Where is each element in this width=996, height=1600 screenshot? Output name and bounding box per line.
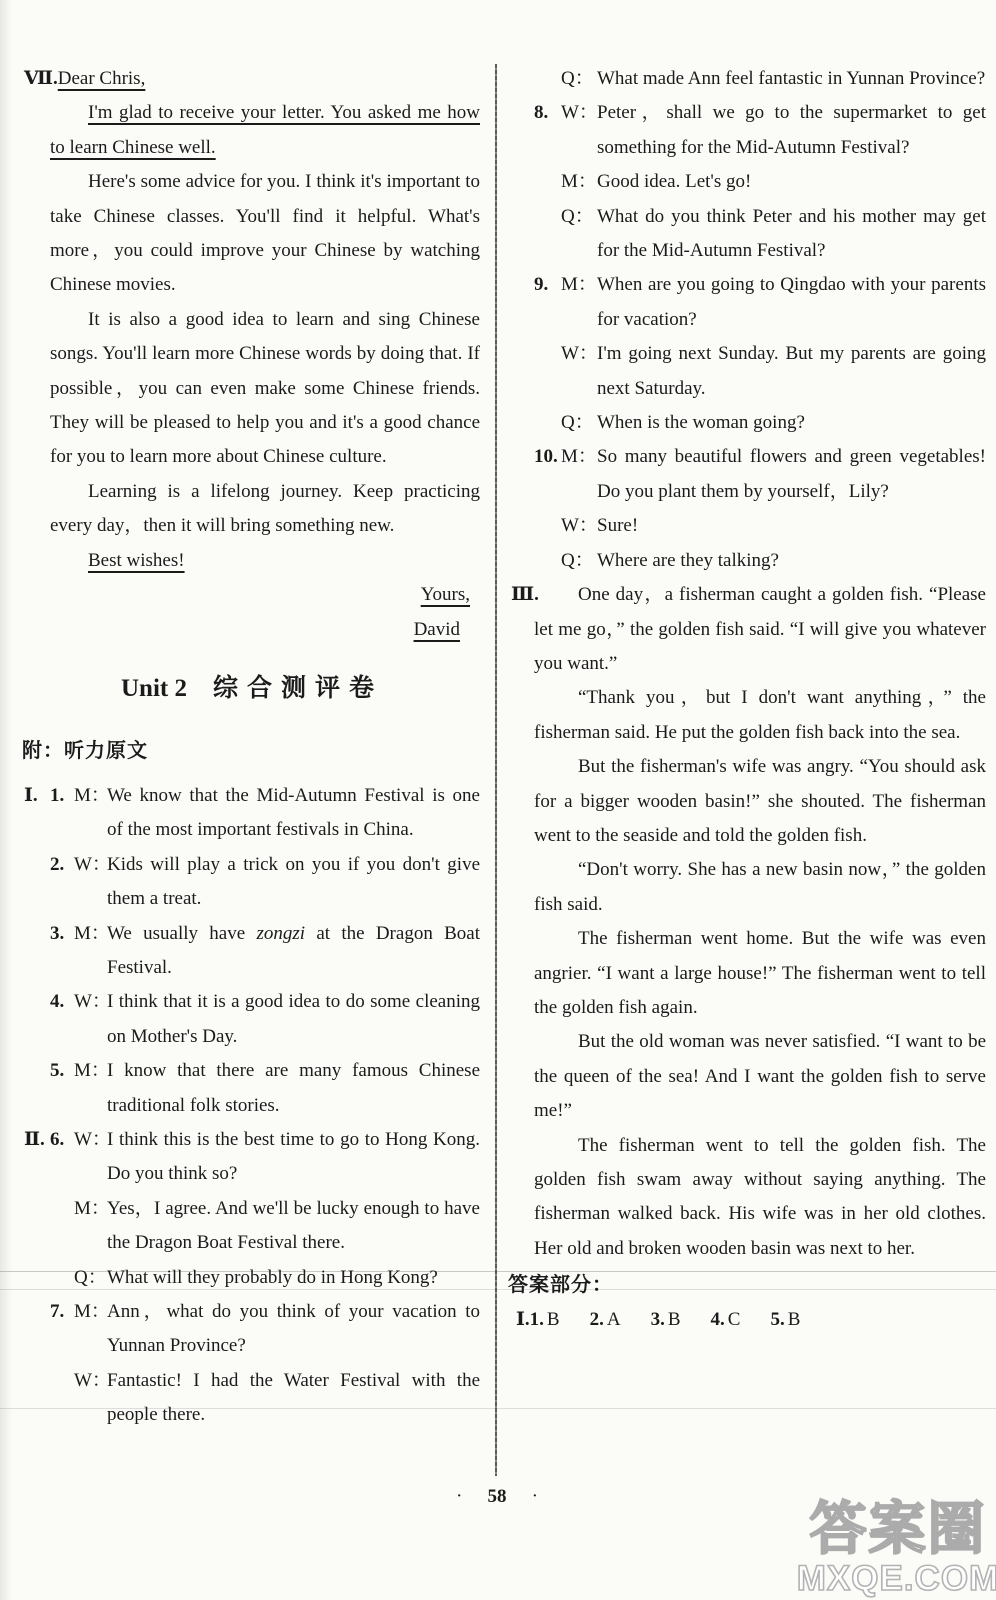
speaker-label: M：: [74, 1295, 107, 1364]
dialogue-line: Q：Where are they talking?: [534, 544, 986, 578]
column-divider: [495, 64, 497, 1476]
watermark: 答案圈 MXQE.COM: [796, 1500, 996, 1600]
story-paragraph: But the old woman was never satisfied. “…: [534, 1025, 986, 1128]
answer-item: 4.C: [711, 1302, 741, 1337]
dialogue-line: 2.W：Kids will play a trick on you if you…: [24, 848, 480, 917]
section-numeral: [24, 1364, 50, 1433]
letter-signoff-line: Yours,: [50, 578, 480, 612]
answers-row: Ⅰ.1.B2.A3.B4.C5.B: [516, 1302, 986, 1337]
story-section-label: Ⅲ.: [511, 578, 539, 612]
item-number: 2.: [50, 848, 74, 917]
speaker-label: M：: [561, 440, 597, 509]
answer-letter: B: [785, 1309, 801, 1330]
dialogue-line: Q：When is the woman going?: [534, 406, 986, 440]
speaker-label: M：: [74, 1054, 107, 1123]
unit-heading-zh: 综合测评卷: [213, 675, 383, 702]
section-numeral: Ⅱ.: [24, 1123, 50, 1192]
section-numeral: Ⅰ.: [24, 779, 50, 848]
item-number: [534, 200, 561, 269]
dialogue-line: 3.M：We usually have zongzi at the Dragon…: [24, 917, 480, 986]
utterance-text: Yes，I agree. And we'll be lucky enough t…: [107, 1192, 480, 1261]
story-paragraph: The fisherman went to tell the golden fi…: [534, 1129, 986, 1267]
section-numeral: [24, 1054, 50, 1123]
item-number: [534, 62, 561, 96]
item-number: [50, 1364, 74, 1433]
item-number: 3.: [50, 917, 74, 986]
utterance-text: We usually have zongzi at the Dragon Boa…: [107, 917, 480, 986]
speaker-label: M：: [74, 917, 107, 986]
section-numeral: [24, 848, 50, 917]
item-number: [534, 165, 561, 199]
story-section: Ⅲ.One day，a fisherman caught a golden fi…: [534, 578, 986, 1266]
item-number: [50, 1192, 74, 1261]
answer-letter: B: [544, 1309, 560, 1330]
dialogue-line: 7.M：Ann，what do you think of your vacati…: [24, 1295, 480, 1364]
answer-item: 5.B: [770, 1302, 800, 1337]
letter-paragraph: Learning is a lifelong journey. Keep pra…: [50, 475, 480, 544]
story-paragraph: “Don't worry. She has a new basin now，” …: [534, 853, 986, 922]
utterance-text: I think that it is a good idea to do som…: [107, 985, 480, 1054]
dialogue-list-right: Q：What made Ann feel fantastic in Yunnan…: [534, 62, 986, 578]
left-column: Ⅶ. Dear Chris, I'm glad to receive your …: [24, 62, 480, 1433]
answer-item: Ⅰ.1.B: [516, 1302, 560, 1337]
utterance-text: Fantastic! I had the Water Festival with…: [107, 1364, 480, 1433]
dialogue-line: Ⅰ.1.M：We know that the Mid-Autumn Festiv…: [24, 779, 480, 848]
story-paragraph: “Thank you，but I don't want anything，” t…: [534, 681, 986, 750]
speaker-label: M：: [561, 165, 597, 199]
item-number: 10.: [534, 440, 561, 509]
utterance-text: Where are they talking?: [597, 544, 986, 578]
dialogue-line: M：Good idea. Let's go!: [534, 165, 986, 199]
page-number-dot: ·: [457, 1489, 462, 1505]
dialogue-line: 4.W：I think that it is a good idea to do…: [24, 985, 480, 1054]
item-number: [534, 337, 561, 406]
speaker-label: M：: [74, 1192, 107, 1261]
utterance-text: When is the woman going?: [597, 406, 986, 440]
letter-signature: David: [414, 619, 460, 640]
scan-edge-shade: [0, 0, 12, 1600]
story-paragraph: But the fisherman's wife was angry. “You…: [534, 750, 986, 853]
letter-section-numeral: Ⅶ.: [24, 62, 58, 96]
story-paragraph: The fisherman went home. But the wife wa…: [534, 922, 986, 1025]
item-number: 4.: [50, 985, 74, 1054]
dialogue-line: 9.M：When are you going to Qingdao with y…: [534, 268, 986, 337]
letter-signoff: Yours,: [421, 584, 470, 605]
answer-item: 3.B: [651, 1302, 681, 1337]
section-numeral: [24, 985, 50, 1054]
utterance-text-italic: zongzi: [256, 923, 305, 944]
speaker-label: W：: [74, 1123, 107, 1192]
dialogue-line: Q：What do you think Peter and his mother…: [534, 200, 986, 269]
dialogue-line: W：Sure!: [534, 509, 986, 543]
letter-opening: I'm glad to receive your letter. You ask…: [50, 96, 480, 165]
speaker-label: Q：: [561, 544, 597, 578]
utterance-text: So many beautiful flowers and green vege…: [597, 440, 986, 509]
speaker-label: W：: [561, 509, 597, 543]
section-numeral: [24, 1261, 50, 1295]
speaker-label: W：: [561, 337, 597, 406]
letter-closing-line: Best wishes!: [88, 544, 480, 578]
speaker-label: W：: [74, 1364, 107, 1433]
item-number: 5.: [50, 1054, 74, 1123]
item-number: 9.: [534, 268, 561, 337]
utterance-text: What will they probably do in Hong Kong?: [107, 1261, 480, 1295]
utterance-text: Good idea. Let's go!: [597, 165, 986, 199]
item-number: 1.: [50, 779, 74, 848]
dialogue-line: 10.M：So many beautiful flowers and green…: [534, 440, 986, 509]
letter-closing: Best wishes!: [88, 550, 185, 571]
utterance-text: What do you think Peter and his mother m…: [597, 200, 986, 269]
utterance-text: Kids will play a trick on you if you don…: [107, 848, 480, 917]
item-number: 6.: [50, 1123, 74, 1192]
answer-number: 2.: [590, 1309, 604, 1330]
utterance-text: I'm going next Sunday. But my parents ar…: [597, 337, 986, 406]
letter-body: I'm glad to receive your letter. You ask…: [50, 96, 480, 647]
section-numeral: [24, 1192, 50, 1261]
dialogue-line: W：Fantastic! I had the Water Festival wi…: [24, 1364, 480, 1433]
speaker-label: M：: [561, 268, 597, 337]
page-number-dot: ·: [533, 1489, 538, 1505]
utterance-text: What made Ann feel fantastic in Yunnan P…: [597, 62, 986, 96]
page-number: 58: [488, 1486, 507, 1508]
unit-heading: Unit 2综合测评卷: [24, 669, 480, 709]
utterance-text: Sure!: [597, 509, 986, 543]
dialogue-line: W：I'm going next Sunday. But my parents …: [534, 337, 986, 406]
dialogue-line: 5.M：I know that there are many famous Ch…: [24, 1054, 480, 1123]
letter-paragraph: It is also a good idea to learn and sing…: [50, 303, 480, 475]
speaker-label: Q：: [561, 406, 597, 440]
utterance-text: Ann，what do you think of your vacation t…: [107, 1295, 480, 1364]
dialogue-line: Q：What made Ann feel fantastic in Yunnan…: [534, 62, 986, 96]
letter-salutation-row: Ⅶ. Dear Chris,: [24, 62, 480, 96]
scan-page: Ⅶ. Dear Chris, I'm glad to receive your …: [0, 0, 996, 1600]
speaker-label: W：: [561, 96, 597, 165]
item-number: [534, 509, 561, 543]
story-paragraph: Ⅲ.One day，a fisherman caught a golden fi…: [534, 578, 986, 681]
answer-number: Ⅰ.1.: [516, 1309, 544, 1330]
dialogue-list-left: Ⅰ.1.M：We know that the Mid-Autumn Festiv…: [24, 779, 480, 1433]
page-number-block: · 58 ·: [402, 1486, 592, 1508]
utterance-text-pre: We usually have: [107, 923, 256, 944]
letter-signature-line: David: [50, 613, 480, 647]
speaker-label: Q：: [74, 1261, 107, 1295]
letter-salutation: Dear Chris,: [58, 62, 146, 96]
utterance-text: We know that the Mid-Autumn Festival is …: [107, 779, 480, 848]
dialogue-line: Q：What will they probably do in Hong Kon…: [24, 1261, 480, 1295]
letter-paragraph: Here's some advice for you. I think it's…: [50, 165, 480, 303]
item-number: 8.: [534, 96, 561, 165]
answer-item: 2.A: [590, 1302, 621, 1337]
answer-letter: C: [725, 1309, 741, 1330]
dialogue-line: Ⅱ.6.W：I think this is the best time to g…: [24, 1123, 480, 1192]
speaker-label: W：: [74, 848, 107, 917]
watermark-domain: MXQE.COM: [796, 1558, 996, 1600]
speaker-label: M：: [74, 779, 107, 848]
listening-script-heading: 附：听力原文: [22, 733, 480, 769]
item-number: [50, 1261, 74, 1295]
answers-heading: 答案部分：: [508, 1268, 986, 1302]
item-number: 7.: [50, 1295, 74, 1364]
dialogue-line: M：Yes，I agree. And we'll be lucky enough…: [24, 1192, 480, 1261]
answer-number: 3.: [651, 1309, 665, 1330]
item-number: [534, 544, 561, 578]
unit-heading-en: Unit 2: [121, 675, 187, 702]
answer-letter: A: [604, 1309, 621, 1330]
utterance-text: I think this is the best time to go to H…: [107, 1123, 480, 1192]
speaker-label: Q：: [561, 62, 597, 96]
dialogue-line: 8.W：Peter，shall we go to the supermarket…: [534, 96, 986, 165]
right-column: Q：What made Ann feel fantastic in Yunnan…: [534, 62, 986, 1337]
utterance-text: When are you going to Qingdao with your …: [597, 268, 986, 337]
section-numeral: [24, 917, 50, 986]
answer-number: 4.: [711, 1309, 725, 1330]
watermark-brand: 答案圈: [796, 1500, 996, 1558]
speaker-label: Q：: [561, 200, 597, 269]
item-number: [534, 406, 561, 440]
speaker-label: W：: [74, 985, 107, 1054]
section-numeral: [24, 1295, 50, 1364]
utterance-text: Peter，shall we go to the supermarket to …: [597, 96, 986, 165]
utterance-text: I know that there are many famous Chines…: [107, 1054, 480, 1123]
answer-number: 5.: [770, 1309, 784, 1330]
answer-letter: B: [665, 1309, 681, 1330]
